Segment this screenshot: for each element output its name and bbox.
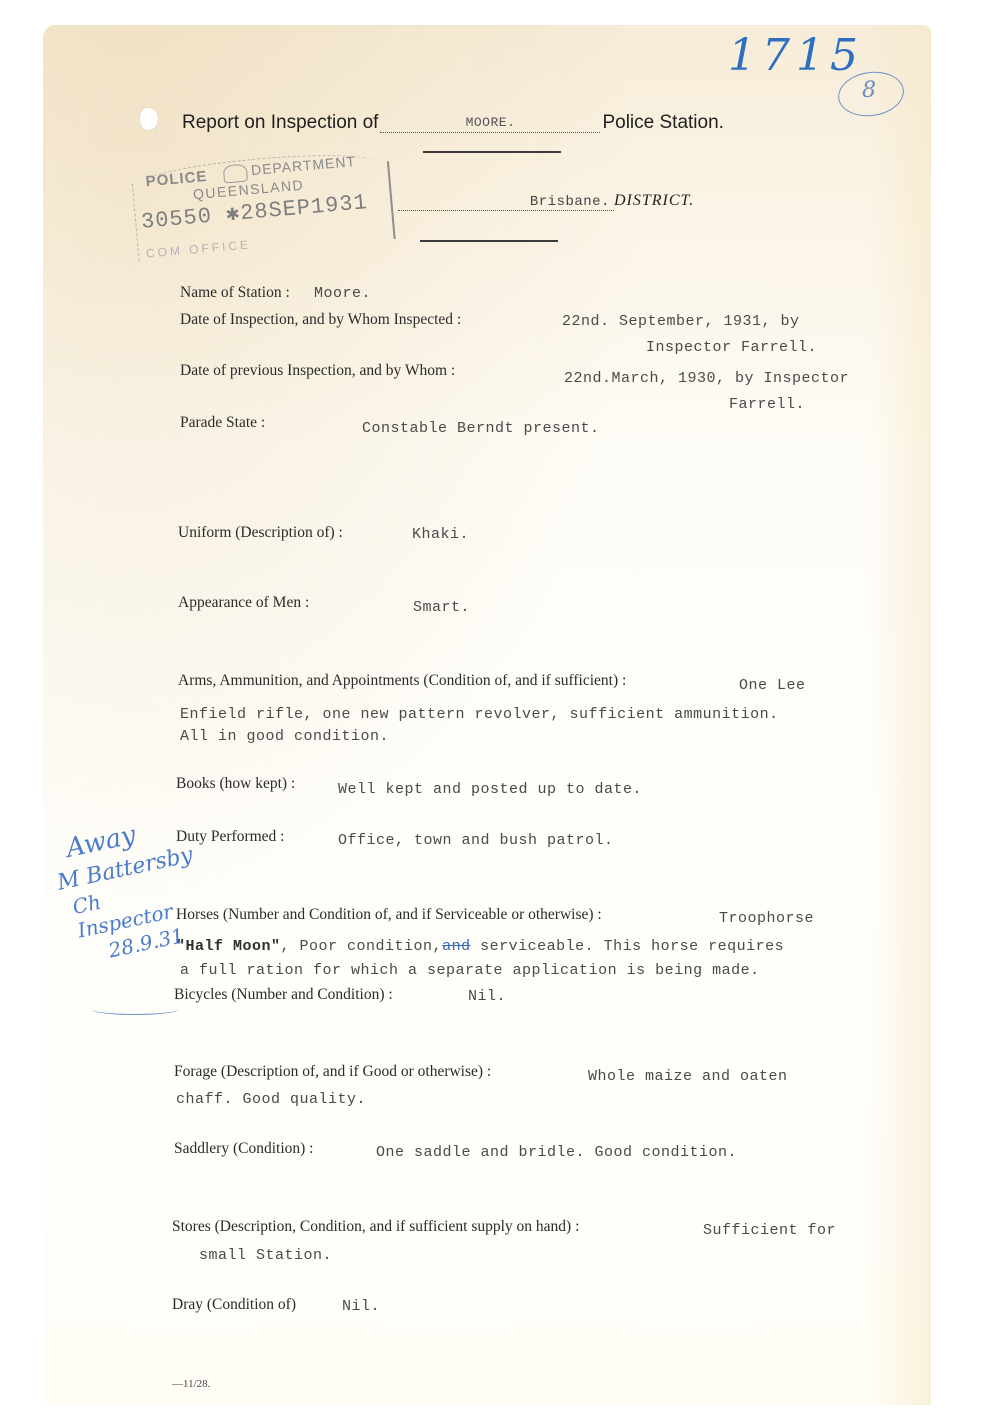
- title-suffix: Police Station.: [602, 112, 723, 133]
- report-title: Report on Inspection ofMOORE.Police Stat…: [182, 112, 724, 135]
- label-bicycles: Bicycles (Number and Condition) :: [174, 986, 393, 1004]
- form-code: —11/28.: [172, 1378, 210, 1390]
- district-blank: Brisbane.: [398, 192, 614, 211]
- label-saddlery: Saddlery (Condition) :: [174, 1140, 314, 1158]
- title-rule: [423, 151, 561, 153]
- value-date-of-inspection-2: Inspector Farrell.: [646, 339, 817, 356]
- district-typed: Brisbane.: [530, 194, 610, 210]
- value-arms-1: One Lee: [739, 677, 806, 694]
- value-duty: Office, town and bush patrol.: [338, 832, 614, 849]
- value-horses-3: a full ration for which a separate appli…: [180, 962, 760, 979]
- struck-word: and: [442, 938, 471, 955]
- value-dray: Nil.: [342, 1298, 380, 1315]
- label-appearance: Appearance of Men :: [178, 594, 309, 612]
- value-forage-2: chaff. Good quality.: [176, 1091, 366, 1108]
- margin-note: Away M Battersby Ch Inspector 28.9.31: [48, 809, 213, 970]
- label-parade-state: Parade State :: [180, 414, 265, 432]
- value-previous-inspection-1: 22nd.March, 1930, by Inspector: [564, 370, 849, 387]
- value-books: Well kept and posted up to date.: [338, 781, 642, 798]
- station-name-typed: MOORE.: [466, 115, 516, 130]
- value-bicycles: Nil.: [468, 988, 506, 1005]
- label-uniform: Uniform (Description of) :: [178, 524, 343, 542]
- value-horses-1: Troophorse: [719, 910, 814, 927]
- punch-hole: [140, 108, 158, 130]
- station-name-blank: MOORE.: [380, 110, 600, 133]
- label-horses: Horses (Number and Condition of, and if …: [176, 906, 602, 924]
- label-books: Books (how kept) :: [176, 775, 295, 793]
- horse-condition: , Poor condition,: [281, 938, 443, 955]
- circled-page-number-text: 8: [862, 78, 876, 103]
- value-previous-inspection-2: Farrell.: [729, 396, 805, 413]
- district-rule: [420, 240, 558, 242]
- label-stores: Stores (Description, Condition, and if s…: [172, 1218, 579, 1236]
- value-horses-2: "Half Moon", Poor condition,and servicea…: [176, 938, 784, 955]
- district-label: DISTRICT.: [614, 192, 694, 209]
- label-previous-inspection: Date of previous Inspection, and by Whom…: [180, 362, 455, 380]
- title-prefix: Report on Inspection of: [182, 112, 378, 133]
- label-arms: Arms, Ammunition, and Appointments (Cond…: [178, 672, 626, 690]
- value-date-of-inspection-1: 22nd. September, 1931, by: [562, 313, 800, 330]
- crown-icon: [223, 164, 248, 184]
- value-parade-state: Constable Berndt present.: [362, 420, 600, 437]
- value-arms-2: Enfield rifle, one new pattern revolver,…: [180, 706, 779, 723]
- value-name-of-station: Moore.: [314, 285, 371, 302]
- label-date-of-inspection: Date of Inspection, and by Whom Inspecte…: [180, 311, 461, 329]
- margin-note-underline: [92, 1004, 178, 1015]
- value-saddlery: One saddle and bridle. Good condition.: [376, 1144, 737, 1161]
- label-name-of-station: Name of Station :: [180, 284, 290, 302]
- value-appearance: Smart.: [413, 599, 470, 616]
- value-forage-1: Whole maize and oaten: [588, 1068, 788, 1085]
- received-stamp: POLICE DEPARTMENT QUEENSLAND 30550 ✱28SE…: [131, 147, 402, 281]
- horse-serviceable: serviceable. This horse requires: [471, 938, 785, 955]
- value-stores-1: Sufficient for: [703, 1222, 836, 1239]
- label-forage: Forage (Description of, and if Good or o…: [174, 1063, 491, 1081]
- district-line: Brisbane.DISTRICT.: [398, 192, 694, 211]
- label-dray: Dray (Condition of): [172, 1296, 296, 1314]
- value-uniform: Khaki.: [412, 526, 469, 543]
- value-stores-2: small Station.: [199, 1247, 332, 1264]
- value-arms-3: All in good condition.: [180, 728, 389, 745]
- file-number-annotation: 1715: [728, 30, 864, 81]
